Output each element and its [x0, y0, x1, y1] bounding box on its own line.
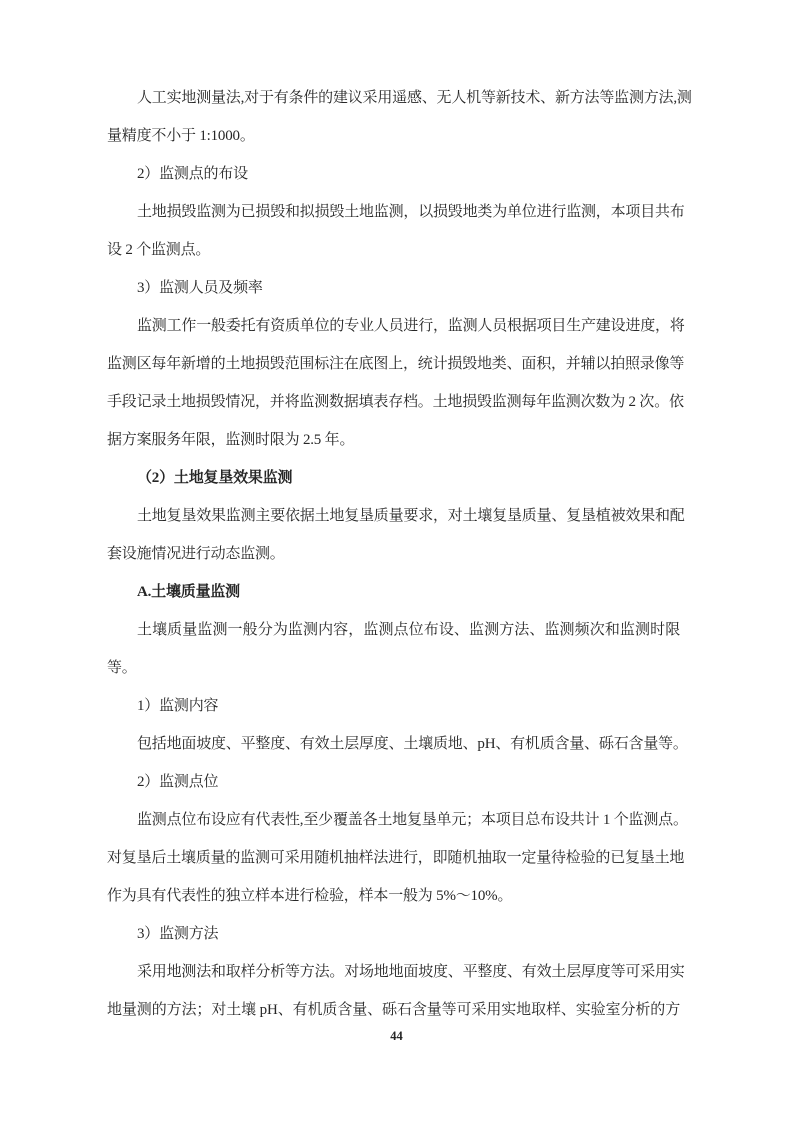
text-line: 监测点位布设应有代表性,至少覆盖各土地复垦单元；本项目总布设共计 1 个监测点。 [107, 801, 680, 839]
text-line: 作为具有代表性的独立样本进行检验，样本一般为 5%～10%。 [107, 877, 680, 915]
text-line: 2）监测点的布设 [107, 155, 680, 193]
text-line: 等。 [107, 649, 680, 687]
text-line: 手段记录土地损毁情况，并将监测数据填表存档。土地损毁监测每年监测次数为 2 次。… [107, 383, 680, 421]
text-line: 人工实地测量法,对于有条件的建议采用遥感、无人机等新技术、新方法等监测方法,测 [107, 79, 680, 117]
document-body: 人工实地测量法,对于有条件的建议采用遥感、无人机等新技术、新方法等监测方法,测量… [107, 79, 680, 1029]
text-line: 量精度不小于 1:1000。 [107, 117, 680, 155]
text-line: 监测工作一般委托有资质单位的专业人员进行，监测人员根据项目生产建设进度，将 [107, 307, 680, 345]
text-line: 采用地测法和取样分析等方法。对场地地面坡度、平整度、有效土层厚度等可采用实 [107, 953, 680, 991]
document-page: 人工实地测量法,对于有条件的建议采用遥感、无人机等新技术、新方法等监测方法,测量… [0, 0, 793, 1121]
text-line: 地量测的方法；对土壤 pH、有机质含量、砾石含量等可采用实地取样、实验室分析的方 [107, 991, 680, 1029]
text-line: A.土壤质量监测 [107, 573, 680, 611]
text-line: 1）监测内容 [107, 687, 680, 725]
text-line: 对复垦后土壤质量的监测可采用随机抽样法进行，即随机抽取一定量待检验的已复垦土地 [107, 839, 680, 877]
text-line: 套设施情况进行动态监测。 [107, 535, 680, 573]
text-line: 监测区每年新增的土地损毁范围标注在底图上，统计损毁地类、面积，并辅以拍照录像等 [107, 345, 680, 383]
text-line: 土壤质量监测一般分为监测内容，监测点位布设、监测方法、监测频次和监测时限 [107, 611, 680, 649]
text-line: （2）土地复垦效果监测 [107, 459, 680, 497]
page-number: 44 [0, 1026, 793, 1046]
text-line: 据方案服务年限，监测时限为 2.5 年。 [107, 421, 680, 459]
text-line: 土地复垦效果监测主要依据土地复垦质量要求，对土壤复垦质量、复垦植被效果和配 [107, 497, 680, 535]
text-line: 2）监测点位 [107, 763, 680, 801]
text-line: 包括地面坡度、平整度、有效土层厚度、土壤质地、pH、有机质含量、砾石含量等。 [107, 725, 680, 763]
text-line: 设 2 个监测点。 [107, 231, 680, 269]
text-line: 土地损毁监测为已损毁和拟损毁土地监测，以损毁地类为单位进行监测，本项目共布 [107, 193, 680, 231]
text-line: 3）监测人员及频率 [107, 269, 680, 307]
text-line: 3）监测方法 [107, 915, 680, 953]
